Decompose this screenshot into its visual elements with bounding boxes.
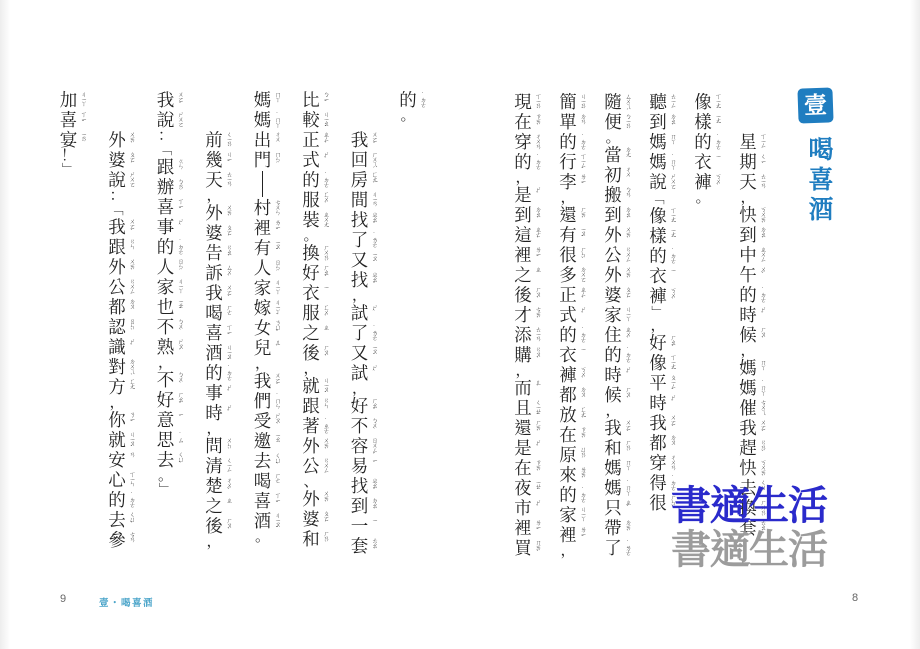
zhuyin-annotation: ㄘㄞˊ: [533, 306, 541, 322]
punctuation-cell: ﹁: [107, 203, 127, 217]
hanzi-cell: 星ㄒㄧㄥ: [738, 132, 758, 152]
text-column: 加ㄐㄧㄚ喜ㄒㄧˇ宴ㄧㄢˋ！﹂: [59, 90, 90, 177]
hanzi-cell: 喜ㄒㄧˇ: [204, 323, 224, 343]
zhuyin-annotation: ㄨㄛˇ: [224, 284, 232, 300]
punctuation-cell: ，: [648, 320, 668, 333]
punctuation-cell: ，: [603, 405, 623, 418]
hanzi-cell: 婆ㄆㄛˊ: [204, 223, 224, 243]
hanzi-cell: 喜ㄒㄧˇ: [59, 110, 79, 130]
zhuyin-annotation: ˙ㄇㄣ: [273, 392, 281, 408]
hanzi-cell: 行ㄒㄧㄥˊ: [558, 152, 578, 172]
zhuyin-annotation: ˙ㄌㄜ: [623, 539, 631, 555]
footer-chapter-label: 壹・喝喜酒: [99, 595, 154, 609]
zhuyin-annotation: ㄆㄛˊ: [224, 224, 232, 240]
punctuation-cell: 。: [253, 531, 273, 544]
zhuyin-annotation: ㄌㄧˇ: [578, 173, 586, 187]
zhuyin-annotation: ㄌㄧˇ: [533, 246, 541, 260]
hanzi-cell: 家ㄐㄧㄚ: [603, 305, 623, 325]
zhuyin-annotation: ㄎㄨㄞˋ: [758, 206, 766, 227]
zhuyin-annotation: ㄇㄚ: [668, 133, 676, 143]
zhuyin-annotation: ㄉㄨㄛ: [578, 266, 586, 281]
hanzi-cell: 到ㄉㄠˋ: [648, 112, 668, 132]
zhuyin-annotation: ˙ㄌㄜ: [370, 324, 378, 340]
hanzi-cell: 認ㄖㄣˋ: [107, 317, 127, 337]
hanzi-cell: 外ㄨㄞˋ: [107, 130, 127, 150]
zhuyin-annotation: ㄒㄧㄥˊ: [578, 153, 586, 172]
zhuyin-annotation: ㄧㄤˋ: [713, 113, 721, 127]
hanzi-cell: 喜ㄒㄧˇ: [156, 197, 176, 217]
hanzi-cell: 告ㄍㄠˋ: [204, 243, 224, 263]
hanzi-cell: 有ㄧㄡˇ: [558, 225, 578, 245]
hanzi-cell: 回ㄏㄨㄟˊ: [350, 150, 370, 170]
hanzi-cell: 放ㄈㄤˋ: [558, 405, 578, 425]
chapter-badge: 壹: [797, 87, 833, 123]
zhuyin-annotation: ㄈㄤˋ: [578, 406, 586, 422]
zhuyin-annotation: ㄐㄧㄚ: [176, 278, 184, 292]
hanzi-cell: 的˙ㄉㄜ: [558, 325, 578, 345]
hanzi-cell: 試ㄕˋ: [350, 363, 370, 383]
punctuation-cell: ，: [513, 172, 533, 185]
hanzi-cell: 後ㄏㄡˋ: [513, 285, 533, 305]
zhuyin-annotation: ㄧㄡˋ: [370, 251, 378, 265]
zhuyin-annotation: ㄕㄡˋ: [273, 412, 281, 428]
text-column: 前ㄑㄧㄢˊ幾ㄐㄧˇ天ㄊㄧㄢ，外ㄨㄞˋ婆ㄆㄛˊ告ㄍㄠˋ訴ㄙㄨˋ我ㄨㄛˇ喝ㄏㄜ喜ㄒㄧ…: [204, 130, 235, 549]
hanzi-cell: 家ㄐㄧㄚ: [156, 277, 176, 297]
zhuyin-annotation: ㄉㄨㄟˋ: [127, 358, 135, 379]
hanzi-cell: 的˙ㄉㄜ: [204, 363, 224, 383]
hanzi-cell: 和ㄏㄢˋ: [603, 438, 623, 458]
hanzi-cell: 宴ㄧㄢˋ: [59, 130, 79, 150]
hanzi-cell: 在ㄗㄞˋ: [558, 425, 578, 445]
hanzi-cell: 而ㄦˊ: [513, 378, 533, 398]
hanzi-cell: 原ㄩㄢˊ: [558, 445, 578, 465]
zhuyin-annotation: ㄨㄛˇ: [176, 91, 184, 107]
zhuyin-annotation: ㄨㄛˇ: [370, 131, 378, 147]
hanzi-cell: 前ㄑㄧㄢˊ: [204, 130, 224, 150]
zhuyin-annotation: ㄐㄧㄚ: [578, 506, 586, 520]
zhuyin-annotation: ㄙㄨㄟˊ: [623, 93, 631, 114]
zhuyin-annotation: ㄏㄠˇ: [370, 397, 378, 413]
zhuyin-annotation: ㄧˋ: [370, 457, 378, 466]
zhuyin-annotation: ㄈㄨˊ: [321, 191, 329, 207]
hanzi-cell: 裡ㄌㄧˇ: [558, 525, 578, 545]
hanzi-cell: 像ㄒㄧㄤˋ: [693, 92, 713, 112]
hanzi-cell: 兒ㄦˊ: [253, 338, 273, 358]
zhuyin-annotation: ㄔㄨˇ: [224, 477, 232, 493]
hanzi-cell: 褲ㄎㄨˋ: [558, 365, 578, 385]
text-column: 聽ㄊㄧㄥ到ㄉㄠˋ媽ㄇㄚ媽˙ㄇㄚ說ㄕㄨㄛ﹁像ㄒㄧㄤˋ樣ㄧㄤˋ的˙ㄉㄜ衣ㄧ褲ㄎㄨˋ﹂…: [648, 92, 679, 513]
hanzi-cell: 參ㄘㄢ: [107, 530, 127, 550]
hanzi-cell: 裡ㄌㄧˇ: [253, 218, 273, 238]
hanzi-cell: 都ㄉㄡ: [107, 297, 127, 317]
zhuyin-annotation: ㄊㄧㄢ: [224, 171, 232, 185]
zhuyin-annotation: ㄘㄨㄣ: [273, 199, 281, 214]
punctuation-cell: 。: [301, 230, 321, 243]
text-column: 星ㄒㄧㄥ期ㄑㄧˊ天ㄊㄧㄢ，快ㄎㄨㄞˋ到ㄉㄠˋ中ㄓㄨㄥ午ㄨˇ的˙ㄉㄜ時ㄕˊ候ㄏㄡˋ…: [738, 132, 769, 538]
zhuyin-annotation: ㄓㄜˋ: [533, 226, 541, 242]
hanzi-cell: 我ㄨㄛˇ: [350, 130, 370, 150]
hanzi-cell: 邀ㄧㄠ: [253, 431, 273, 451]
zhuyin-annotation: ㄉㄢ: [578, 113, 586, 123]
hanzi-cell: 式ㄕˋ: [301, 150, 321, 170]
hanzi-cell: 裡ㄌㄧˇ: [513, 518, 533, 538]
hanzi-cell: 的˙ㄉㄜ: [398, 90, 418, 110]
zhuyin-annotation: ㄈㄨˊ: [321, 304, 329, 320]
zhuyin-annotation: ˙ㄓㄜ: [321, 417, 329, 433]
zhuyin-annotation: ㄇㄣˊ: [273, 151, 281, 167]
text-column: 比ㄅㄧˇ較ㄐㄧㄠˋ正ㄓㄥˋ式ㄕˋ的˙ㄉㄜ服ㄈㄨˊ裝ㄓㄨㄤ。換ㄏㄨㄢˋ好ㄏㄠˇ衣ㄧ…: [301, 90, 332, 549]
hanzi-cell: 房ㄈㄤˊ: [350, 170, 370, 190]
hanzi-cell: 媽ㄇㄚ: [253, 90, 273, 110]
zhuyin-annotation: ㄓㄠˇ: [370, 211, 378, 227]
zhuyin-annotation: ㄏㄣˇ: [578, 246, 586, 262]
zhuyin-annotation: ㄍㄣ: [176, 158, 184, 168]
zhuyin-annotation: ㄏㄜ: [273, 472, 281, 482]
hanzi-cell: 單ㄉㄢ: [558, 112, 578, 132]
zhuyin-annotation: ㄅㄨˋ: [176, 371, 184, 387]
zhuyin-annotation: ㄧˋ: [176, 411, 184, 420]
zhuyin-annotation: ㄍㄨㄥ: [127, 278, 135, 293]
zhuyin-annotation: ㄊㄠˋ: [370, 537, 378, 553]
zhuyin-annotation: ㄕˋ: [370, 304, 378, 315]
zhuyin-annotation: ㄙㄨˋ: [224, 264, 232, 280]
hanzi-cell: 市ㄕˋ: [513, 498, 533, 518]
hanzi-cell: 公ㄍㄨㄥ: [107, 277, 127, 297]
zhuyin-annotation: ㄨㄞˋ: [127, 131, 135, 147]
zhuyin-annotation: ㄒㄧㄤˋ: [668, 207, 676, 226]
scan-edge-left: [0, 0, 10, 649]
hanzi-cell: 識ㄕˋ: [107, 337, 127, 357]
zhuyin-annotation: ˙ㄉㄜ: [758, 286, 766, 302]
zhuyin-annotation: ㄆㄛˊ: [321, 510, 329, 526]
zhuyin-annotation: ˙ㄉㄜ: [623, 346, 631, 362]
punctuation-cell: ，: [350, 290, 370, 303]
zhuyin-annotation: ˙ㄉㄜ: [533, 153, 541, 169]
zhuyin-annotation: ㄑㄧㄥ: [224, 457, 232, 471]
zhuyin-annotation: ㄍㄠˋ: [224, 244, 232, 260]
hanzi-cell: 是ㄕˋ: [513, 438, 533, 458]
zhuyin-annotation: ㄨㄣˋ: [224, 437, 232, 453]
zhuyin-annotation: ˙ㄙ: [176, 431, 184, 442]
hanzi-cell: 外ㄨㄞˋ: [301, 489, 321, 509]
zhuyin-annotation: ㄍㄨㄥ: [321, 457, 329, 472]
punctuation-cell: ﹂: [59, 163, 79, 177]
zhuyin-annotation: ㄕˋ: [224, 384, 232, 395]
hanzi-cell: 穿ㄔㄨㄢ: [513, 132, 533, 152]
hanzi-cell: 很ㄏㄣˇ: [558, 245, 578, 265]
hanzi-cell: 的˙ㄉㄜ: [107, 490, 127, 510]
zhuyin-annotation: ㄊㄧㄢ: [758, 173, 766, 187]
zhuyin-annotation: ㄋㄧˇ: [127, 411, 135, 425]
hanzi-cell: 好ㄏㄠˇ: [648, 333, 668, 353]
hanzi-cell: 快ㄎㄨㄞˋ: [738, 205, 758, 225]
hanzi-cell: 買ㄇㄞˇ: [513, 538, 533, 558]
hanzi-cell: 好ㄏㄠˇ: [156, 390, 176, 410]
punctuation-cell: ，: [301, 363, 321, 376]
zhuyin-annotation: ㄐㄧㄢ: [370, 191, 378, 205]
hanzi-cell: 我ㄨㄛˇ: [156, 90, 176, 110]
hanzi-cell: 式ㄕˋ: [558, 305, 578, 325]
punctuation-cell: 。: [693, 192, 713, 205]
hanzi-cell: 人ㄖㄣˊ: [156, 257, 176, 277]
hanzi-cell: 間ㄐㄧㄢ: [350, 190, 370, 210]
zhuyin-annotation: ㄎㄨˋ: [578, 366, 586, 382]
hanzi-cell: 才ㄘㄞˊ: [513, 305, 533, 325]
zhuyin-annotation: ㄕˊ: [623, 366, 631, 377]
zhuyin-annotation: ㄉㄞˋ: [623, 519, 631, 535]
hanzi-cell: 去ㄑㄩˋ: [107, 510, 127, 530]
hanzi-cell: 我ㄨㄛˇ: [253, 371, 273, 391]
zhuyin-annotation: ㄌㄧˇ: [578, 526, 586, 540]
zhuyin-annotation: ㄉㄠˋ: [623, 206, 631, 222]
zhuyin-annotation: ㄏㄞˊ: [533, 419, 541, 435]
zhuyin-annotation: ㄖㄨㄥˊ: [370, 437, 378, 458]
zhuyin-annotation: ˙ㄇㄚ: [623, 479, 631, 495]
hanzi-cell: 天ㄊㄧㄢ: [204, 170, 224, 190]
zhuyin-annotation: ㄅㄢˋ: [176, 178, 184, 194]
hanzi-cell: 夜ㄧㄝˋ: [513, 478, 533, 498]
book-spread: 壹 喝喜酒 星ㄒㄧㄥ期ㄑㄧˊ天ㄊㄧㄢ，快ㄎㄨㄞˋ到ㄉㄠˋ中ㄓㄨㄥ午ㄨˇ的˙ㄉㄜ時…: [0, 0, 920, 649]
text-column: 隨ㄙㄨㄟˊ便ㄅㄧㄢˋ。當ㄉㄤ初ㄔㄨ搬ㄅㄢ到ㄉㄠˋ外ㄨㄞˋ公ㄍㄨㄥ外ㄨㄞˋ婆ㄆㄛˊ…: [603, 92, 634, 558]
hanzi-cell: 說ㄕㄨㄛ: [648, 172, 668, 192]
zhuyin-annotation: ㄕˊ: [758, 306, 766, 317]
hanzi-cell: 是ㄕˋ: [513, 185, 533, 205]
zhuyin-annotation: ㄅㄢ: [623, 186, 631, 196]
hanzi-cell: 後ㄏㄡˋ: [204, 516, 224, 536]
zhuyin-annotation: ㄕˋ: [533, 186, 541, 197]
hanzi-cell: 外ㄨㄞˋ: [603, 225, 623, 245]
scan-edge-right: [910, 0, 920, 649]
zhuyin-annotation: ㄓㄥˋ: [578, 286, 586, 302]
zhuyin-annotation: ㄨㄞˋ: [224, 204, 232, 220]
hanzi-cell: 住ㄓㄨˋ: [603, 325, 623, 345]
zhuyin-annotation: ㄆㄛˊ: [127, 151, 135, 167]
page-number-9: 9: [60, 593, 66, 605]
zhuyin-annotation: ㄍㄨㄥ: [623, 246, 631, 261]
zhuyin-annotation: ㄑㄧㄢˊ: [224, 131, 232, 150]
hanzi-cell: 到ㄉㄠˋ: [513, 205, 533, 225]
zhuyin-annotation: ㄐㄧㄡˋ: [127, 431, 135, 450]
hanzi-cell: 媽˙ㄇㄚ: [648, 152, 668, 172]
zhuyin-annotation: ㄢ: [127, 451, 135, 456]
zhuyin-annotation: ㄨㄛˇ: [127, 218, 135, 234]
zhuyin-annotation: ㄧㄢˋ: [79, 131, 87, 145]
hanzi-cell: 媽˙ㄇㄚ: [603, 478, 623, 498]
hanzi-cell: 的˙ㄉㄜ: [558, 485, 578, 505]
zhuyin-annotation: ㄕˋ: [370, 364, 378, 375]
hanzi-cell: 時ㄕˊ: [648, 393, 668, 413]
hanzi-cell: 之ㄓ: [204, 496, 224, 516]
hanzi-cell: 在ㄗㄞˋ: [513, 112, 533, 132]
chapter-title: 喝喜酒: [802, 136, 835, 226]
hanzi-cell: 問ㄨㄣˋ: [204, 436, 224, 456]
zhuyin-annotation: ㄓㄨˋ: [623, 326, 631, 342]
hanzi-cell: 期ㄑㄧˊ: [738, 152, 758, 172]
hanzi-cell: 簡ㄐㄧㄢˇ: [558, 92, 578, 112]
zhuyin-annotation: ㄐㄧㄢˇ: [578, 93, 586, 112]
punctuation-cell: 、: [301, 476, 321, 489]
zhuyin-annotation: ㄐㄧㄚ: [623, 306, 631, 320]
hanzi-cell: 褲ㄎㄨˋ: [648, 286, 668, 306]
hanzi-cell: 服ㄈㄨˊ: [301, 303, 321, 323]
hanzi-cell: 候ㄏㄡˋ: [603, 385, 623, 405]
hanzi-cell: 安ㄢ: [107, 450, 127, 470]
hanzi-cell: 了˙ㄌㄜ: [350, 230, 370, 250]
zhuyin-annotation: ˙ㄉㄜ: [578, 326, 586, 342]
zhuyin-annotation: ㄔㄨ: [273, 131, 281, 141]
zhuyin-annotation: ㄧ: [713, 153, 721, 157]
zhuyin-annotation: ㄧ: [370, 517, 378, 521]
hanzi-cell: 媽˙ㄇㄚ: [253, 110, 273, 130]
zhuyin-annotation: ㄍㄡˋ: [533, 346, 541, 362]
hanzi-cell: 搬ㄅㄢ: [603, 185, 623, 205]
zhuyin-annotation: ㄧㄝˋ: [533, 479, 541, 493]
zhuyin-annotation: ㄓㄠˇ: [370, 477, 378, 493]
zhuyin-annotation: ㄐㄧㄚ: [79, 91, 87, 105]
hanzi-cell: 意ㄧˋ: [156, 410, 176, 430]
zhuyin-annotation: ㄨㄛˇ: [273, 372, 281, 388]
hanzi-cell: 之ㄓ: [301, 323, 321, 343]
zhuyin-annotation: ㄖㄣˊ: [176, 258, 184, 274]
vertical-dash: [253, 170, 273, 198]
hanzi-cell: 門ㄇㄣˊ: [253, 150, 273, 170]
hanzi-cell: 外ㄨㄞˋ: [603, 265, 623, 285]
zhuyin-annotation: ㄒㄧㄥ: [758, 133, 766, 147]
hanzi-cell: 楚ㄔㄨˇ: [204, 476, 224, 496]
zhuyin-annotation: ㄐㄧㄠˋ: [321, 111, 329, 130]
zhuyin-annotation: ㄏㄡˋ: [224, 517, 232, 533]
zhuyin-annotation: ㄨㄞˋ: [127, 258, 135, 274]
zhuyin-annotation: ㄕˊ: [668, 394, 676, 405]
zhuyin-annotation: ㄍㄣ: [321, 397, 329, 407]
hanzi-cell: 跟ㄍㄣ: [301, 396, 321, 416]
hanzi-cell: 比ㄅㄧˇ: [301, 90, 321, 110]
hanzi-cell: 村ㄘㄨㄣ: [253, 198, 273, 218]
hanzi-cell: 我ㄨㄛˇ: [648, 413, 668, 433]
zhuyin-annotation: ㄋㄩˇ: [273, 319, 281, 335]
hanzi-cell: 我ㄨㄛˇ: [738, 418, 758, 438]
zhuyin-annotation: ㄐㄧㄡˇ: [224, 344, 232, 363]
punctuation-cell: ，: [204, 423, 224, 436]
hanzi-cell: 到ㄉㄠˋ: [738, 225, 758, 245]
zhuyin-annotation: ㄕˋ: [533, 439, 541, 450]
zhuyin-annotation: ㄕㄡˊ: [176, 338, 184, 354]
zhuyin-annotation: ㄎㄨˋ: [713, 173, 721, 189]
hanzi-cell: 好ㄏㄠˇ: [301, 263, 321, 283]
zhuyin-annotation: ㄎㄨˋ: [668, 287, 676, 303]
hanzi-cell: 添ㄊㄧㄢ: [513, 325, 533, 345]
zhuyin-annotation: ㄉㄠˋ: [533, 206, 541, 222]
hanzi-cell: 便ㄅㄧㄢˋ: [603, 112, 623, 132]
zhuyin-annotation: ㄕㄨㄛ: [127, 171, 135, 186]
zhuyin-annotation: ㄒㄧˇ: [176, 198, 184, 212]
zhuyin-annotation: ㄨㄞˋ: [321, 437, 329, 453]
hanzi-cell: 了˙ㄌㄜ: [350, 323, 370, 343]
zhuyin-annotation: ㄅㄨˋ: [370, 417, 378, 433]
hanzi-cell: 時ㄕˊ: [204, 403, 224, 423]
hanzi-cell: 催ㄘㄨㄟ: [738, 398, 758, 418]
hanzi-cell: 的˙ㄉㄜ: [738, 285, 758, 305]
hanzi-cell: 午ㄨˇ: [738, 265, 758, 285]
hanzi-cell: 到ㄉㄠˋ: [350, 496, 370, 516]
zhuyin-annotation: ㄕˋ: [176, 218, 184, 229]
hanzi-cell: 之ㄓ: [513, 265, 533, 285]
hanzi-cell: 在ㄗㄞˋ: [513, 458, 533, 478]
hanzi-cell: 隨ㄙㄨㄟˊ: [603, 92, 623, 112]
hanzi-cell: 換ㄏㄨㄢˋ: [301, 243, 321, 263]
zhuyin-annotation: ㄧㄡˋ: [370, 344, 378, 358]
hanzi-cell: 又ㄧㄡˋ: [350, 343, 370, 363]
hanzi-cell: 對ㄉㄨㄟˋ: [107, 357, 127, 377]
text-column: 媽ㄇㄚ媽˙ㄇㄚ出ㄔㄨ門ㄇㄣˊ村ㄘㄨㄣ裡ㄌㄧˇ有ㄧㄡˇ人ㄖㄣˊ家ㄐㄧㄚ嫁ㄐㄧㄚˋ女…: [253, 90, 284, 544]
zhuyin-annotation: ˙ㄉㄜ: [127, 491, 135, 507]
hanzi-cell: 嫁ㄐㄧㄚˋ: [253, 298, 273, 318]
zhuyin-annotation: ˙ㄇㄚ: [273, 111, 281, 127]
page-number-8: 8: [852, 592, 858, 604]
hanzi-cell: 了˙ㄌㄜ: [603, 538, 623, 558]
zhuyin-annotation: ㄆㄛˊ: [623, 286, 631, 302]
hanzi-cell: 穿ㄔㄨㄢ: [648, 453, 668, 473]
zhuyin-annotation: ㄧ: [321, 284, 329, 288]
hanzi-cell: 這ㄓㄜˋ: [513, 225, 533, 245]
zhuyin-annotation: ㄨㄛˇ: [623, 419, 631, 435]
hanzi-cell: 易ㄧˋ: [350, 456, 370, 476]
hanzi-cell: 家ㄐㄧㄚ: [253, 278, 273, 298]
zhuyin-annotation: ㄏㄨㄟˊ: [370, 151, 378, 172]
zhuyin-annotation: ㄧㄡˇ: [578, 226, 586, 240]
hanzi-cell: 找ㄓㄠˇ: [350, 270, 370, 290]
zhuyin-annotation: ㄏㄡˋ: [321, 344, 329, 360]
zhuyin-annotation: ㄧㄤˋ: [668, 227, 676, 241]
hanzi-cell: 裡ㄌㄧˇ: [513, 245, 533, 265]
hanzi-cell: 媽˙ㄇㄚ: [738, 378, 758, 398]
hanzi-cell: 酒ㄐㄧㄡˇ: [253, 511, 273, 531]
hanzi-cell: 衣ㄧ: [301, 283, 321, 303]
zhuyin-annotation: ㄓㄥˋ: [321, 131, 329, 147]
hanzi-cell: 候ㄏㄡˋ: [738, 325, 758, 345]
hanzi-cell: 服ㄈㄨˊ: [301, 190, 321, 210]
text-column: 我ㄨㄛˇ說ㄕㄨㄛ：﹁跟ㄍㄣ辦ㄅㄢˋ喜ㄒㄧˇ事ㄕˋ的˙ㄉㄜ人ㄖㄣˊ家ㄐㄧㄚ也ㄧㄝˇ…: [156, 90, 187, 497]
zhuyin-annotation: ㄏㄨㄢˋ: [321, 244, 329, 265]
zhuyin-annotation: ㄧ: [668, 267, 676, 271]
zhuyin-annotation: ˙ㄉㄜ: [578, 133, 586, 149]
zhuyin-annotation: ㄏㄡˋ: [533, 286, 541, 302]
hanzi-cell: 就ㄐㄧㄡˋ: [107, 430, 127, 450]
hanzi-cell: 到ㄉㄠˋ: [603, 205, 623, 225]
hanzi-cell: 又ㄧㄡˋ: [350, 250, 370, 270]
hanzi-cell: 當ㄉㄤ: [603, 145, 623, 165]
hanzi-cell: 找ㄓㄠˇ: [350, 476, 370, 496]
zhuyin-annotation: ㄌㄧˇ: [533, 519, 541, 533]
zhuyin-annotation: ㄒㄧˇ: [224, 324, 232, 338]
hanzi-cell: 一ㄧ: [350, 516, 370, 536]
hanzi-cell: 辦ㄅㄢˋ: [156, 177, 176, 197]
hanzi-cell: 裝ㄓㄨㄤ: [301, 210, 321, 230]
zhuyin-annotation: ㄊㄠˋ: [758, 519, 766, 535]
zhuyin-annotation: ㄏㄞˊ: [578, 206, 586, 222]
zhuyin-annotation: ㄑㄩˋ: [758, 479, 766, 495]
hanzi-cell: 思˙ㄙ: [156, 430, 176, 450]
zhuyin-annotation: ㄉㄤ: [623, 146, 631, 156]
hanzi-cell: 媽ㄇㄚ: [648, 132, 668, 152]
hanzi-cell: 像ㄒㄧㄤˋ: [648, 353, 668, 373]
hanzi-cell: 婆ㄆㄛˊ: [107, 150, 127, 170]
zhuyin-annotation: ㄕˋ: [321, 151, 329, 162]
punctuation-cell: ﹂: [156, 483, 176, 497]
zhuyin-annotation: ㄊㄧㄥ: [668, 93, 676, 107]
zhuyin-annotation: ㄇㄞˇ: [533, 539, 541, 555]
zhuyin-annotation: ㄏㄜ: [224, 304, 232, 314]
